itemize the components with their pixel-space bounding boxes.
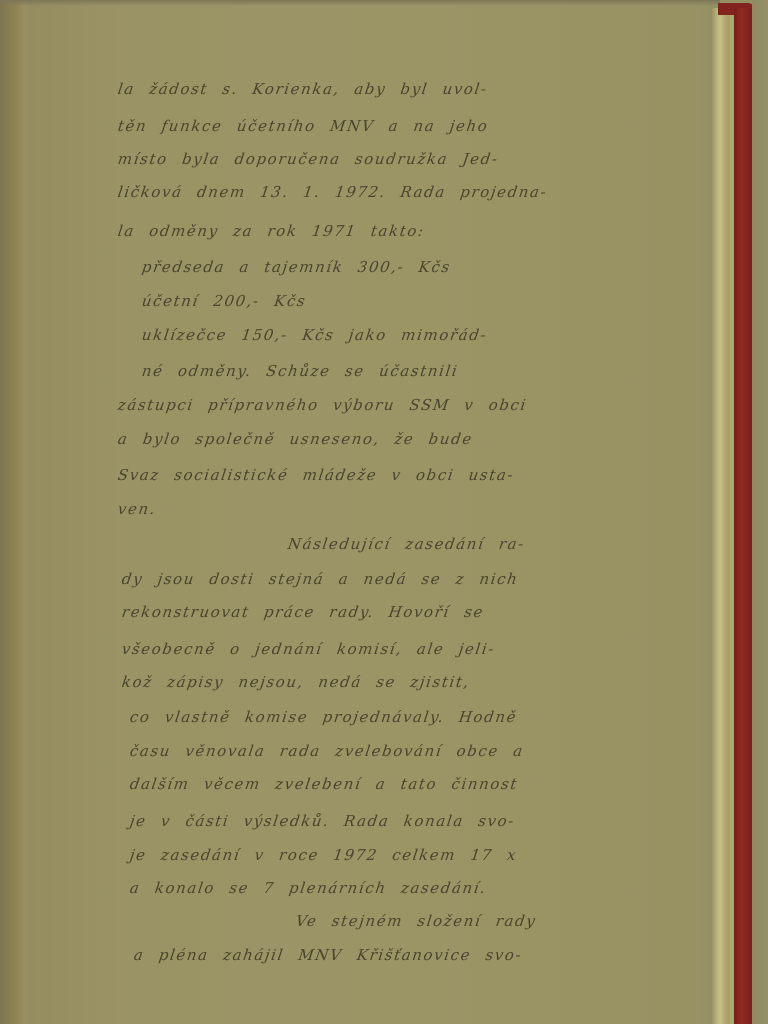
text-line: kož zápisy nejsou, nedá se zjistit,: [121, 673, 471, 691]
text-line: la odměny za rok 1971 takto:: [117, 222, 426, 240]
text-line: né odměny. Schůze se účastnili: [141, 362, 460, 380]
red-book-cover-edge: [734, 8, 752, 1024]
handwritten-text-block: la žádost s. Korienka, aby byl uvol- těn…: [0, 0, 700, 1024]
text-line: ličková dnem 13. 1. 1972. Rada projedna-: [117, 183, 549, 201]
text-line: a pléna zahájil MNV Křišťanovice svo-: [133, 946, 524, 964]
stacked-page-edges: [712, 8, 736, 1024]
text-line: dy jsou dosti stejná a nedá se z nich: [121, 570, 520, 588]
paragraph-start-line: Následující zasedání ra-: [287, 535, 526, 553]
text-line: la žádost s. Korienka, aby byl uvol-: [117, 80, 489, 98]
background-beyond-book: [752, 0, 768, 1024]
text-line: času věnovala rada zvelebování obce a: [129, 742, 525, 760]
text-line: ven.: [117, 500, 158, 518]
text-line: co vlastně komise projednávaly. Hodně: [129, 708, 519, 726]
text-line: všeobecně o jednání komisí, ale jeli-: [121, 640, 497, 658]
paragraph-start-line: Ve stejném složení rady: [295, 912, 538, 930]
text-line: dalším věcem zvelebení a tato činnost: [129, 775, 520, 793]
text-line-remuneration: předseda a tajemník 300,- Kčs: [141, 258, 452, 276]
text-line: rekonstruovat práce rady. Hovoří se: [121, 603, 486, 621]
text-line: je v části výsledků. Rada konala svo-: [129, 812, 517, 830]
text-line: je zasedání v roce 1972 celkem 17 x: [129, 846, 519, 864]
photographed-book-page: la žádost s. Korienka, aby byl uvol- těn…: [0, 0, 768, 1024]
text-line: a konalo se 7 plenárních zasedání.: [129, 879, 488, 897]
text-line-remuneration: účetní 200,- Kčs: [141, 292, 308, 310]
text-line: zástupci přípravného výboru SSM v obci: [117, 396, 529, 414]
text-line-remuneration: uklízečce 150,- Kčs jako mimořád-: [141, 326, 489, 344]
text-line: místo byla doporučena soudružka Jed-: [117, 150, 500, 168]
text-line: a bylo společně usneseno, že bude: [117, 430, 474, 448]
text-line: těn funkce účetního MNV a na jeho: [117, 117, 490, 135]
text-line: Svaz socialistické mládeže v obci usta-: [117, 466, 516, 484]
